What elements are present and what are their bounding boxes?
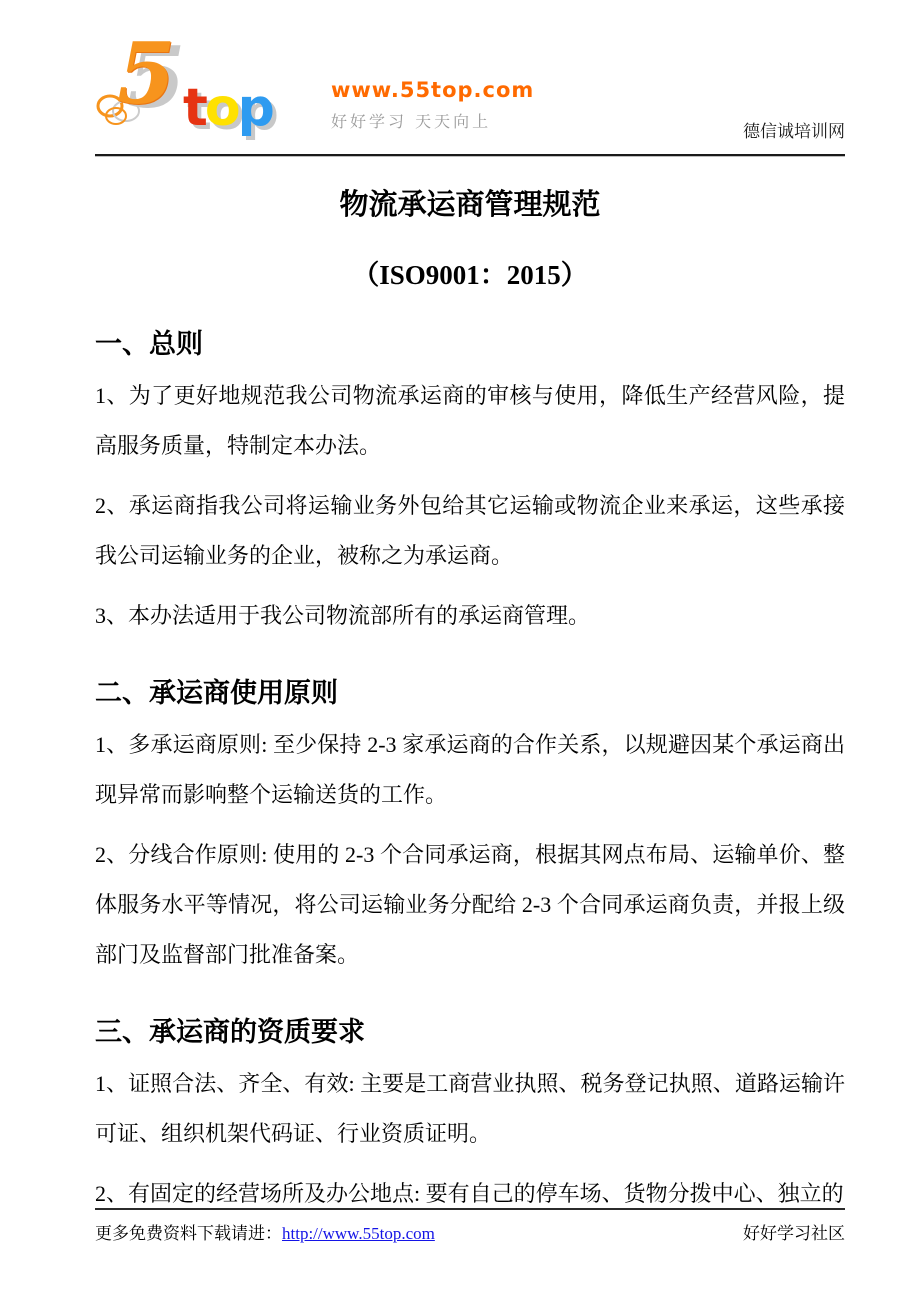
logo-letter-p: p — [238, 78, 272, 138]
document-page: 5 5 top www.55top.com 好好学习 天天向上 德信诚培训网 物… — [0, 0, 920, 1302]
body-paragraph: 1、多承运商原则: 至少保持 2-3 家承运商的合作关系，以规避因某个承运商出现… — [95, 720, 845, 820]
section-heading: 三、承运商的资质要求 — [95, 1010, 845, 1049]
footer-download-note: 更多免费资料下载请进：http://www.55top.com — [95, 1219, 435, 1244]
body-paragraph: 1、证照合法、齐全、有效: 主要是工商营业执照、税务登记执照、道路运输许可证、组… — [95, 1059, 845, 1159]
logo-slogan: 好好学习 天天向上 — [331, 109, 534, 132]
footer-link[interactable]: http://www.55top.com — [282, 1224, 435, 1243]
section-heading: 一、总则 — [95, 322, 845, 361]
logo-five: 5 — [117, 32, 175, 116]
logo-text-block: www.55top.com 好好学习 天天向上 — [331, 52, 534, 132]
body-paragraph: 3、本办法适用于我公司物流部所有的承运商管理。 — [95, 591, 845, 641]
page-footer: 更多免费资料下载请进：http://www.55top.com 好好学习社区 — [95, 1208, 845, 1244]
logo-letter-o: o — [205, 78, 238, 138]
document-body: 物流承运商管理规范 （ISO9001：2015） 一、总则1、为了更好地规范我公… — [95, 182, 845, 1219]
logo-url-text: www.55top.com — [331, 78, 534, 102]
page-header: 5 5 top www.55top.com 好好学习 天天向上 德信诚培训网 — [95, 50, 845, 148]
footer-prefix: 更多免费资料下载请进： — [95, 1224, 282, 1243]
footer-community-label: 好好学习社区 — [743, 1219, 845, 1244]
logo-letter-t: t — [183, 78, 205, 138]
body-paragraph: 2、承运商指我公司将运输业务外包给其它运输或物流企业来承运，这些承接我公司运输业… — [95, 481, 845, 581]
body-paragraph: 1、为了更好地规范我公司物流承运商的审核与使用，降低生产经营风险，提高服务质量，… — [95, 371, 845, 471]
page-subtitle: （ISO9001：2015） — [95, 253, 845, 292]
body-paragraph: 2、分线合作原则: 使用的 2-3 个合同承运商，根据其网点布局、运输单价、整体… — [95, 830, 845, 980]
logo-top-word: top — [183, 82, 272, 134]
sections-container: 一、总则1、为了更好地规范我公司物流承运商的审核与使用，降低生产经营风险，提高服… — [95, 322, 845, 1219]
header-divider — [95, 154, 845, 156]
site-logo: 5 5 top www.55top.com 好好学习 天天向上 — [95, 52, 534, 148]
section-heading: 二、承运商使用原则 — [95, 671, 845, 710]
55top-logo-mark: 5 5 top — [95, 52, 317, 148]
page-title: 物流承运商管理规范 — [95, 182, 845, 223]
site-name-label: 德信诚培训网 — [743, 117, 845, 148]
